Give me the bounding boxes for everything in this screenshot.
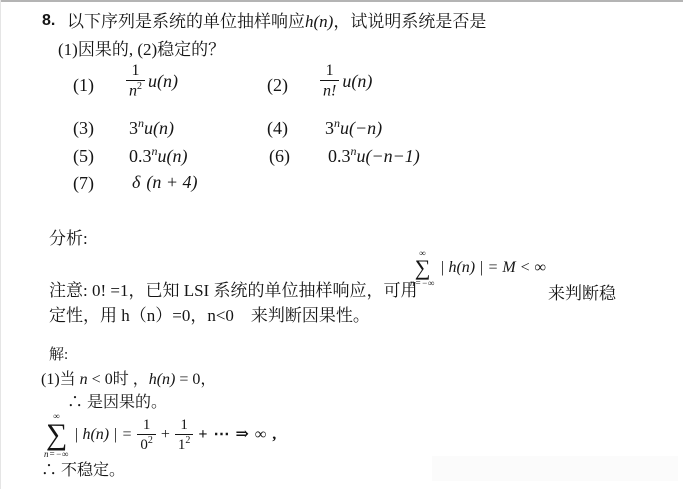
analysis-heading: 分析: <box>49 228 88 249</box>
fraction-numerator: 1 <box>137 417 156 434</box>
item-5-label: (5) <box>73 145 94 168</box>
denominator-text: n! <box>323 83 336 100</box>
fraction: 1 n2 <box>126 62 145 101</box>
item-5-tail: u(n) <box>158 146 188 166</box>
item-4-tail: u(−n) <box>340 118 382 138</box>
item-1-label: (1) <box>73 74 94 97</box>
fraction-denominator: n2 <box>126 80 145 101</box>
item-6-tail: u(−n−1) <box>357 146 420 166</box>
note-line2: 定性，用 h（n）=0，n<0 来判断因果性。 <box>49 305 370 326</box>
page-left-edge <box>0 0 1 489</box>
problem-question: (1)因果的, (2)稳定的？ <box>58 39 225 60</box>
step1-text: < 0时 ， <box>88 371 149 388</box>
power-base: 3 <box>325 118 334 138</box>
solution-unstable-conclusion: ∴ 不稳定。 <box>41 461 125 481</box>
item-2-label: (2) <box>267 74 288 97</box>
sum-tail: + ⋯ ⇒ ∞ , <box>198 425 277 445</box>
power-base: 0.3 <box>129 146 152 166</box>
sum-lower-limit: n=−∞ <box>410 279 435 288</box>
item-2-formula: 1 n! u(n) <box>320 62 372 101</box>
step1-math-hn: h(n) <box>149 371 176 388</box>
sigma-icon: ∑ <box>46 421 67 450</box>
denominator-exponent: 2 <box>148 435 153 446</box>
fraction-denominator: 12 <box>175 434 194 454</box>
fraction-numerator: 1 <box>320 62 339 80</box>
fraction-numerator: 1 <box>126 62 145 80</box>
step1-text: (1)当 <box>41 371 80 388</box>
statement-pre: 以下序列是系统的单位抽样响应 <box>67 12 305 31</box>
sigma-icon: ∑ <box>415 258 431 279</box>
sum-lhs: | h(n) | = <box>74 425 132 445</box>
power-base: 0.3 <box>328 146 351 166</box>
summation-symbol: ∞ ∑ n=−∞ <box>44 412 69 459</box>
document-page: 8. 以下序列是系统的单位抽样响应h(n)，试说明系统是否是 (1)因果的, (… <box>0 0 683 489</box>
power-base: 3 <box>129 118 138 138</box>
fraction-denominator: n! <box>320 80 339 101</box>
denominator-exponent: 2 <box>137 81 142 92</box>
faint-highlight-rect <box>432 456 678 481</box>
denominator-text: n <box>129 83 137 100</box>
fraction: 1 n! <box>320 62 339 101</box>
page-top-edge <box>0 0 683 2</box>
solution-causal-conclusion: ∴ 是因果的。 <box>67 393 167 413</box>
note-suffix: 来判断稳 <box>548 283 616 304</box>
solution-step1: (1)当 n < 0时 ，h(n) = 0， <box>41 370 216 390</box>
plus-operator: + <box>161 425 170 445</box>
item-6-formula: 0.3nu(−n−1) <box>328 144 420 168</box>
item-3-formula: 3nu(n) <box>129 116 174 140</box>
fraction-denominator: 02 <box>137 434 156 454</box>
item-2-tail: u(n) <box>342 70 372 93</box>
delta-symbol: δ <box>132 172 140 192</box>
item-1-formula: 1 n2 u(n) <box>126 62 178 101</box>
note-prefix: 注意: 0! =1，已知 LSI 系统的单位抽样响应，可用 <box>49 280 417 301</box>
solution-heading: 解: <box>49 346 68 365</box>
item-3-label: (3) <box>73 117 94 140</box>
item-5-formula: 0.3nu(n) <box>129 144 188 168</box>
denominator-exponent: 2 <box>185 435 190 446</box>
item-4-formula: 3nu(−n) <box>325 116 382 140</box>
note-formula-body: | h(n) | = M < ∞ <box>440 258 546 278</box>
problem-number: 8. <box>42 11 55 31</box>
step1-text: = 0， <box>175 371 216 388</box>
item-4-label: (4) <box>267 117 288 140</box>
note-formula: ∞ ∑ n=−∞ | h(n) | = M < ∞ <box>410 249 546 288</box>
item-7-tail: (n + 4) <box>146 172 197 192</box>
problem-statement: 以下序列是系统的单位抽样响应h(n)，试说明系统是否是 <box>67 11 486 32</box>
sum-lower-limit: n=−∞ <box>44 450 69 459</box>
item-7-formula: δ(n + 4) <box>132 171 198 194</box>
statement-math-h-n: h(n) <box>305 12 333 31</box>
step1-math-n: n <box>80 371 88 388</box>
statement-post: ，试说明系统是否是 <box>333 12 486 31</box>
summation-symbol: ∞ ∑ n=−∞ <box>410 249 435 288</box>
item-6-label: (6) <box>269 145 290 168</box>
denominator-text: 0 <box>140 437 148 453</box>
fraction-numerator: 1 <box>175 417 194 434</box>
item-1-tail: u(n) <box>148 70 178 93</box>
fraction: 1 02 <box>137 417 156 455</box>
solution-sum-formula: ∞ ∑ n=−∞ | h(n) | = 1 02 + 1 12 + ⋯ ⇒ ∞ … <box>44 412 277 459</box>
fraction: 1 12 <box>175 417 194 455</box>
item-7-label: (7) <box>73 172 94 195</box>
item-3-tail: u(n) <box>144 118 174 138</box>
